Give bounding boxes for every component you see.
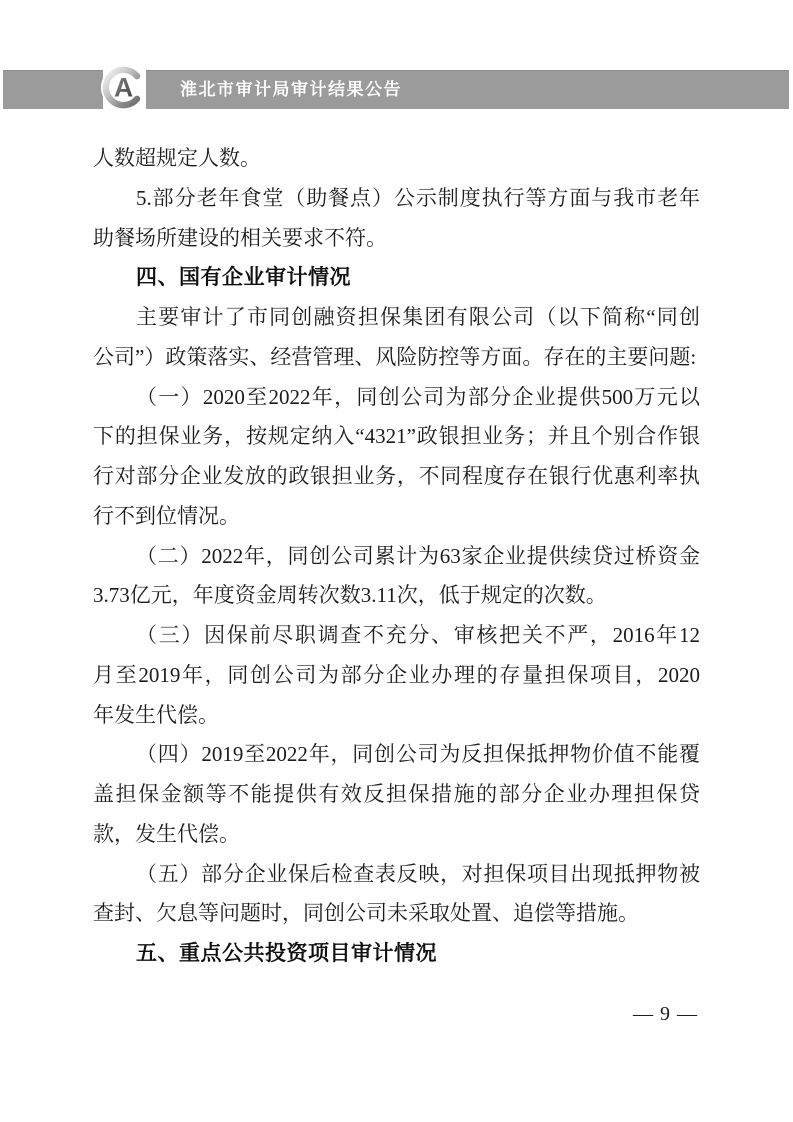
section-heading: 四、国有企业审计情况	[93, 258, 700, 298]
document-line: （三）因保前尽职调查不充分、审核把关不严，2016年12	[93, 616, 700, 656]
header-title: 淮北市审计局审计结果公告	[180, 70, 402, 109]
document-line: 3.73亿元，年度资金周转次数3.11次，低于规定的次数。	[93, 576, 700, 616]
svg-text:A: A	[114, 72, 133, 102]
document-line: 查封、欠息等问题时，同创公司未采取处置、追偿等措施。	[93, 894, 700, 934]
document-line: 下的担保业务，按规定纳入“4321”政银担业务；并且个别合作银	[93, 417, 700, 457]
document-line: （四）2019至2022年，同创公司为反担保抵押物价值不能覆	[93, 735, 700, 775]
document-body: 人数超规定人数。5.部分老年食堂（助餐点）公示制度执行等方面与我市老年助餐场所建…	[93, 139, 700, 974]
document-line: 款，发生代偿。	[93, 815, 700, 855]
document-line: 行不到位情况。	[93, 497, 700, 537]
audit-emblem-icon: A	[100, 63, 147, 112]
page-number: — 9 —	[633, 1001, 698, 1027]
document-line: 行对部分企业发放的政银担业务，不同程度存在银行优惠利率执	[93, 457, 700, 497]
document-line: 年发生代偿。	[93, 696, 700, 736]
section-heading: 五、重点公共投资项目审计情况	[93, 934, 700, 974]
document-line: 公司”）政策落实、经营管理、风险防控等方面。存在的主要问题:	[93, 338, 700, 378]
document-page: A 淮北市审计局审计结果公告 人数超规定人数。5.部分老年食堂（助餐点）公示制度…	[0, 0, 793, 1122]
document-line: 主要审计了市同创融资担保集团有限公司（以下简称“同创	[93, 298, 700, 338]
document-line: 助餐场所建设的相关要求不符。	[93, 219, 700, 259]
document-line: （二）2022年，同创公司累计为63家企业提供续贷过桥资金	[93, 537, 700, 577]
document-line: 盖担保金额等不能提供有效反担保措施的部分企业办理担保贷	[93, 775, 700, 815]
document-line: 5.部分老年食堂（助餐点）公示制度执行等方面与我市老年	[93, 179, 700, 219]
document-line: 人数超规定人数。	[93, 139, 700, 179]
document-line: 月至2019年，同创公司为部分企业办理的存量担保项目，2020	[93, 656, 700, 696]
document-line: （一）2020至2022年，同创公司为部分企业提供500万元以	[93, 378, 700, 418]
document-line: （五）部分企业保后检查表反映，对担保项目出现抵押物被	[93, 855, 700, 895]
